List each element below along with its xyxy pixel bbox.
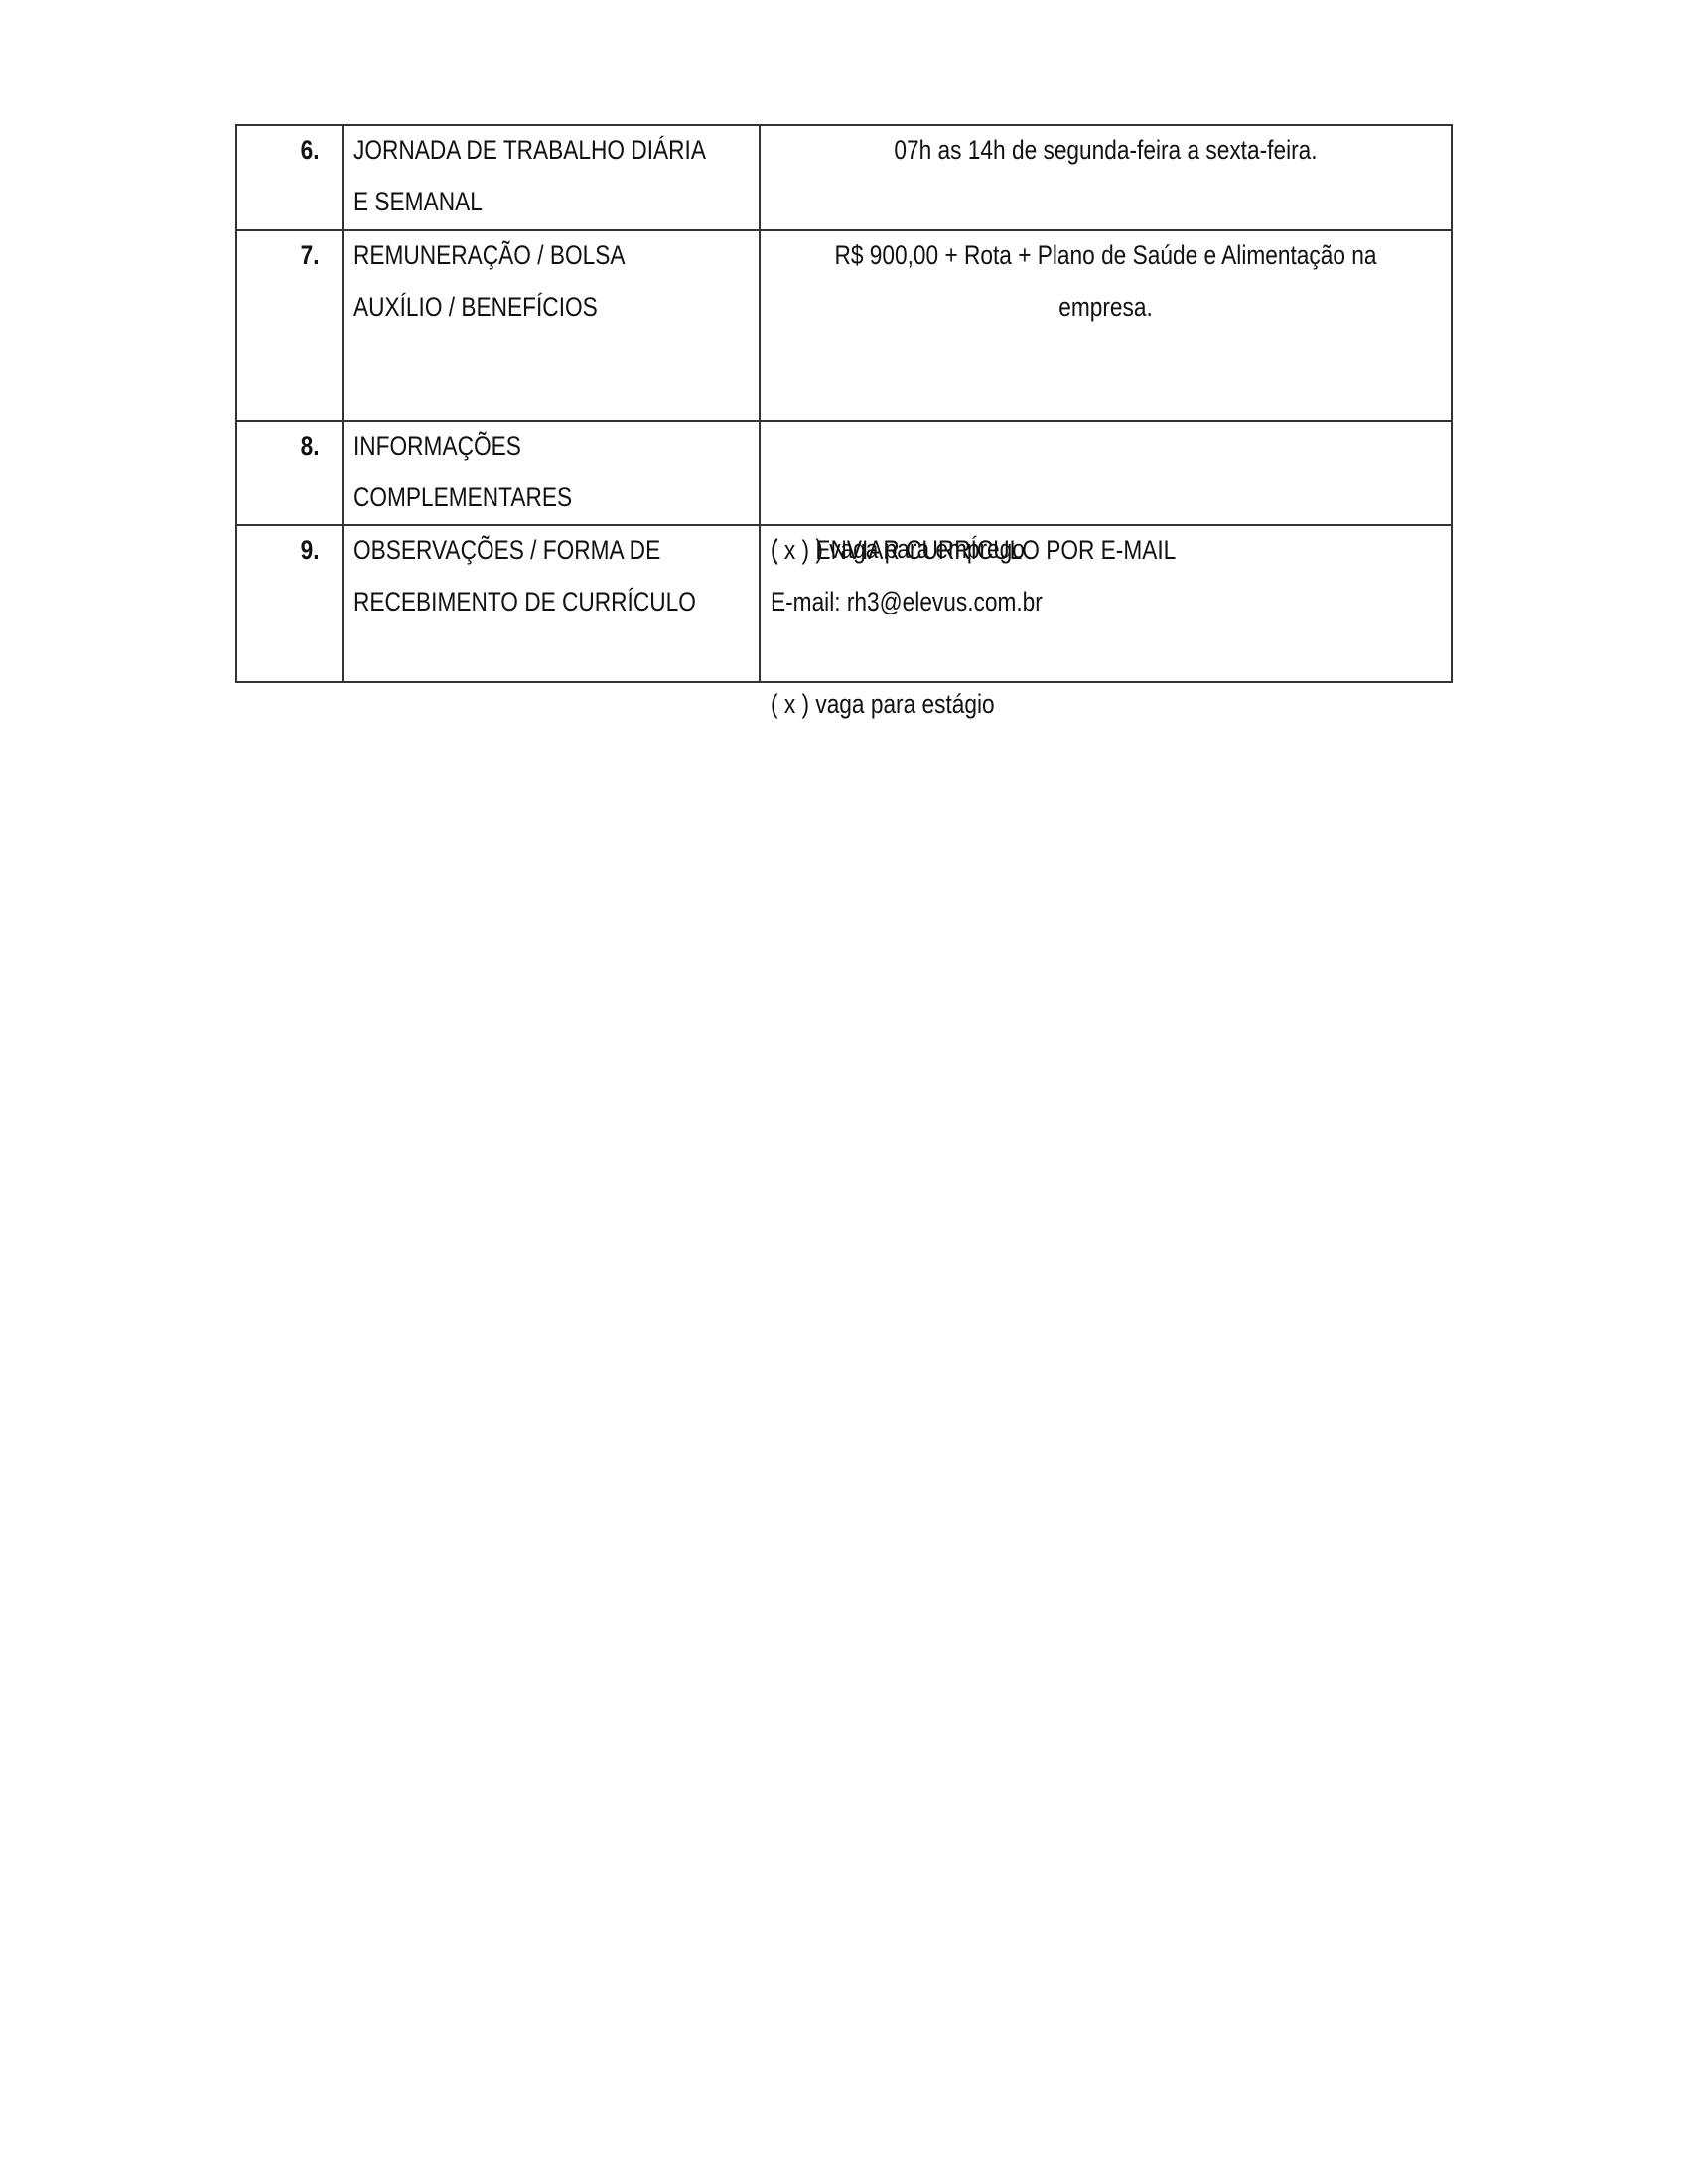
row-label-cell: INFORMAÇÕES COMPLEMENTARES bbox=[344, 422, 761, 524]
row-number-cell: 8. bbox=[237, 422, 344, 524]
row-label: REMUNERAÇÃO / BOLSA AUXÍLIO / BENEFÍCIOS bbox=[353, 233, 625, 337]
value-line: 07h as 14h de segunda-feira a sexta-feir… bbox=[816, 128, 1396, 180]
row-value: 07h as 14h de segunda-feira a sexta-feir… bbox=[816, 128, 1396, 180]
row-number-cell: 9. bbox=[237, 526, 344, 683]
row-number: 7. bbox=[301, 233, 320, 277]
row-label: INFORMAÇÕES COMPLEMENTARES bbox=[353, 424, 572, 527]
label-line: JORNADA DE TRABALHO DIÁRIA bbox=[353, 128, 706, 180]
row-value-cell: 07h as 14h de segunda-feira a sexta-feir… bbox=[761, 126, 1451, 229]
table-row: 6. JORNADA DE TRABALHO DIÁRIA E SEMANAL … bbox=[237, 126, 1451, 231]
table-row: 8. INFORMAÇÕES COMPLEMENTARES ( ) vaga p… bbox=[237, 422, 1451, 526]
row-value: ( x ) ENVIAR CURRÍCULO POR E-MAIL E-mail… bbox=[771, 528, 1176, 631]
table-row: 9. OBSERVAÇÕES / FORMA DE RECEBIMENTO DE… bbox=[237, 526, 1451, 683]
row-label-cell: REMUNERAÇÃO / BOLSA AUXÍLIO / BENEFÍCIOS bbox=[344, 231, 761, 420]
row-label-cell: JORNADA DE TRABALHO DIÁRIA E SEMANAL bbox=[344, 126, 761, 229]
row-number: 8. bbox=[301, 424, 320, 468]
row-label: OBSERVAÇÕES / FORMA DE RECEBIMENTO DE CU… bbox=[353, 528, 696, 631]
value-line: empresa. bbox=[816, 285, 1396, 337]
label-line: INFORMAÇÕES bbox=[353, 424, 572, 476]
job-details-table: 6. JORNADA DE TRABALHO DIÁRIA E SEMANAL … bbox=[235, 124, 1453, 683]
table-row: 7. REMUNERAÇÃO / BOLSA AUXÍLIO / BENEFÍC… bbox=[237, 231, 1451, 422]
checkbox-option-internship: ( x ) vaga para estágio bbox=[771, 682, 1025, 734]
label-line: E SEMANAL bbox=[353, 180, 706, 231]
row-label-cell: OBSERVAÇÕES / FORMA DE RECEBIMENTO DE CU… bbox=[344, 526, 761, 683]
label-line: RECEBIMENTO DE CURRÍCULO bbox=[353, 580, 696, 631]
row-value-cell: R$ 900,00 + Rota + Plano de Saúde e Alim… bbox=[761, 231, 1451, 420]
row-value-cell: ( x ) ENVIAR CURRÍCULO POR E-MAIL E-mail… bbox=[761, 526, 1451, 683]
email-address: E-mail: rh3@elevus.com.br bbox=[771, 580, 1176, 631]
row-value-cell: ( ) vaga para emprego ( x ) vaga para es… bbox=[761, 422, 1451, 524]
value-line: R$ 900,00 + Rota + Plano de Saúde e Alim… bbox=[816, 233, 1396, 285]
row-number: 6. bbox=[301, 128, 320, 172]
label-line: COMPLEMENTARES bbox=[353, 476, 572, 527]
row-number-cell: 7. bbox=[237, 231, 344, 420]
row-value: R$ 900,00 + Rota + Plano de Saúde e Alim… bbox=[816, 233, 1396, 337]
row-label: JORNADA DE TRABALHO DIÁRIA E SEMANAL bbox=[353, 128, 706, 231]
row-number-cell: 6. bbox=[237, 126, 344, 229]
row-number: 9. bbox=[301, 528, 320, 572]
label-line: REMUNERAÇÃO / BOLSA bbox=[353, 233, 625, 285]
label-line: OBSERVAÇÕES / FORMA DE bbox=[353, 528, 696, 580]
checkbox-option-email: ( x ) ENVIAR CURRÍCULO POR E-MAIL bbox=[771, 528, 1176, 580]
label-line: AUXÍLIO / BENEFÍCIOS bbox=[353, 285, 625, 337]
